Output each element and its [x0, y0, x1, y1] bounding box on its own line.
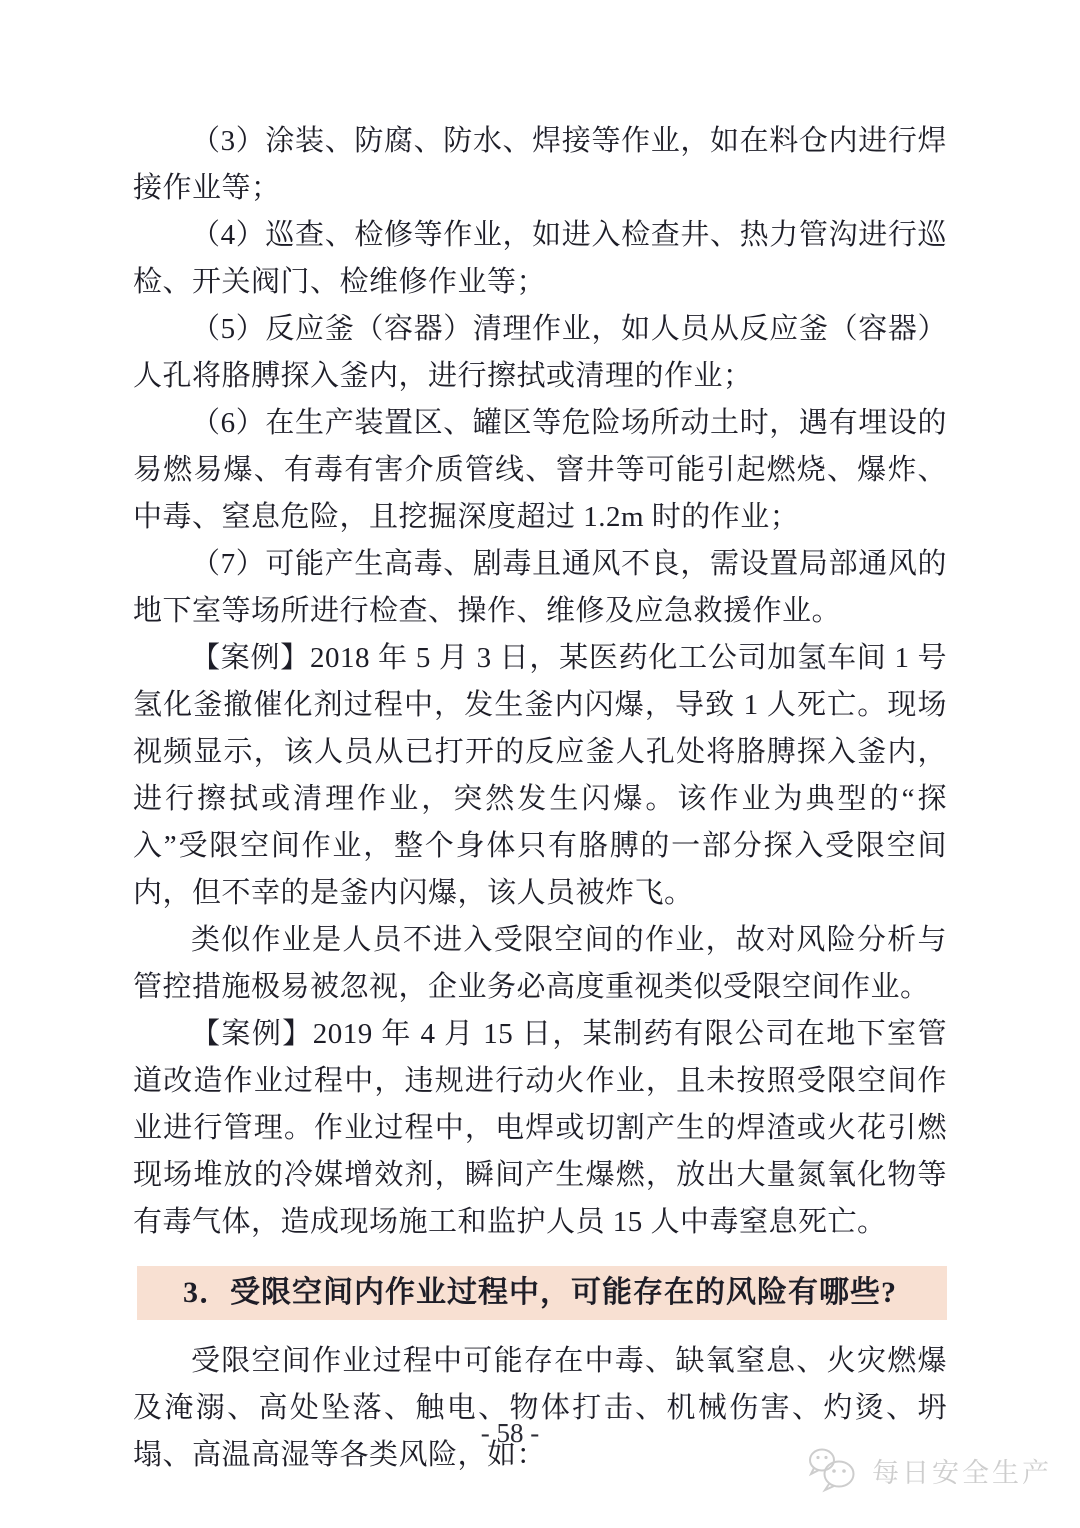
section-heading-banner: 3．受限空间内作业过程中，可能存在的风险有哪些? — [137, 1266, 947, 1320]
watermark-label: 每日安全生产 — [872, 1451, 1052, 1490]
document-page: （3）涂装、防腐、防水、焊接等作业，如在料仓内进行焊接作业等； （4）巡查、检修… — [0, 0, 1080, 1528]
paragraph-item-6: （6）在生产装置区、罐区等危险场所动土时，遇有埋设的易燃易爆、有毒有害介质管线、… — [133, 400, 947, 541]
paragraph-item-5: （5）反应釜（容器）清理作业，如人员从反应釜（容器）人孔将胳膊探入釜内，进行擦拭… — [133, 306, 947, 400]
watermark: 每日安全生产 — [806, 1446, 1052, 1494]
wechat-logo-icon — [806, 1446, 862, 1494]
document-content: （3）涂装、防腐、防水、焊接等作业，如在料仓内进行焊接作业等； （4）巡查、检修… — [133, 118, 947, 1479]
paragraph-item-4: （4）巡查、检修等作业，如进入检查井、热力管沟进行巡检、开关阀门、检维修作业等； — [133, 212, 947, 306]
paragraph-item-7: （7）可能产生高毒、剧毒且通风不良，需设置局部通风的地下室等场所进行检查、操作、… — [133, 541, 947, 635]
paragraph-case-2019: 【案例】2019 年 4 月 15 日，某制药有限公司在地下室管道改造作业过程中… — [133, 1011, 947, 1246]
paragraph-note: 类似作业是人员不进入受限空间的作业，故对风险分析与管控措施极易被忽视，企业务必高… — [133, 917, 947, 1011]
section-heading-label: 3．受限空间内作业过程中，可能存在的风险有哪些? — [183, 1276, 897, 1309]
paragraph-item-3: （3）涂装、防腐、防水、焊接等作业，如在料仓内进行焊接作业等； — [133, 118, 947, 212]
page-number: - 58 - — [445, 1418, 575, 1449]
paragraph-case-2018: 【案例】2018 年 5 月 3 日，某医药化工公司加氢车间 1 号氢化釜撤催化… — [133, 635, 947, 917]
